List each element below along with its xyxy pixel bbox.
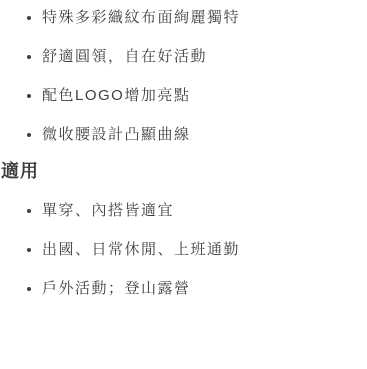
product-description: 特殊多彩織紋布面絢麗獨特舒適圓領，自在好活動配色LOGO增加亮點微收腰設計凸顯曲…	[0, 0, 367, 301]
usage-list: 單穿、內搭皆適宜出國、日常休閒、上班通勤戶外活動；登山露營	[0, 199, 367, 301]
list-item: 特殊多彩織紋布面絢麗獨特	[42, 6, 367, 30]
list-item: 配色LOGO增加亮點	[42, 84, 367, 108]
usage-heading: 適用	[0, 159, 367, 183]
list-item: 單穿、內搭皆適宜	[42, 199, 367, 223]
list-item: 舒適圓領，自在好活動	[42, 45, 367, 69]
feature-list: 特殊多彩織紋布面絢麗獨特舒適圓領，自在好活動配色LOGO增加亮點微收腰設計凸顯曲…	[0, 6, 367, 147]
list-item: 戶外活動；登山露營	[42, 277, 367, 301]
list-item: 出國、日常休閒、上班通勤	[42, 238, 367, 262]
list-item: 微收腰設計凸顯曲線	[42, 123, 367, 147]
